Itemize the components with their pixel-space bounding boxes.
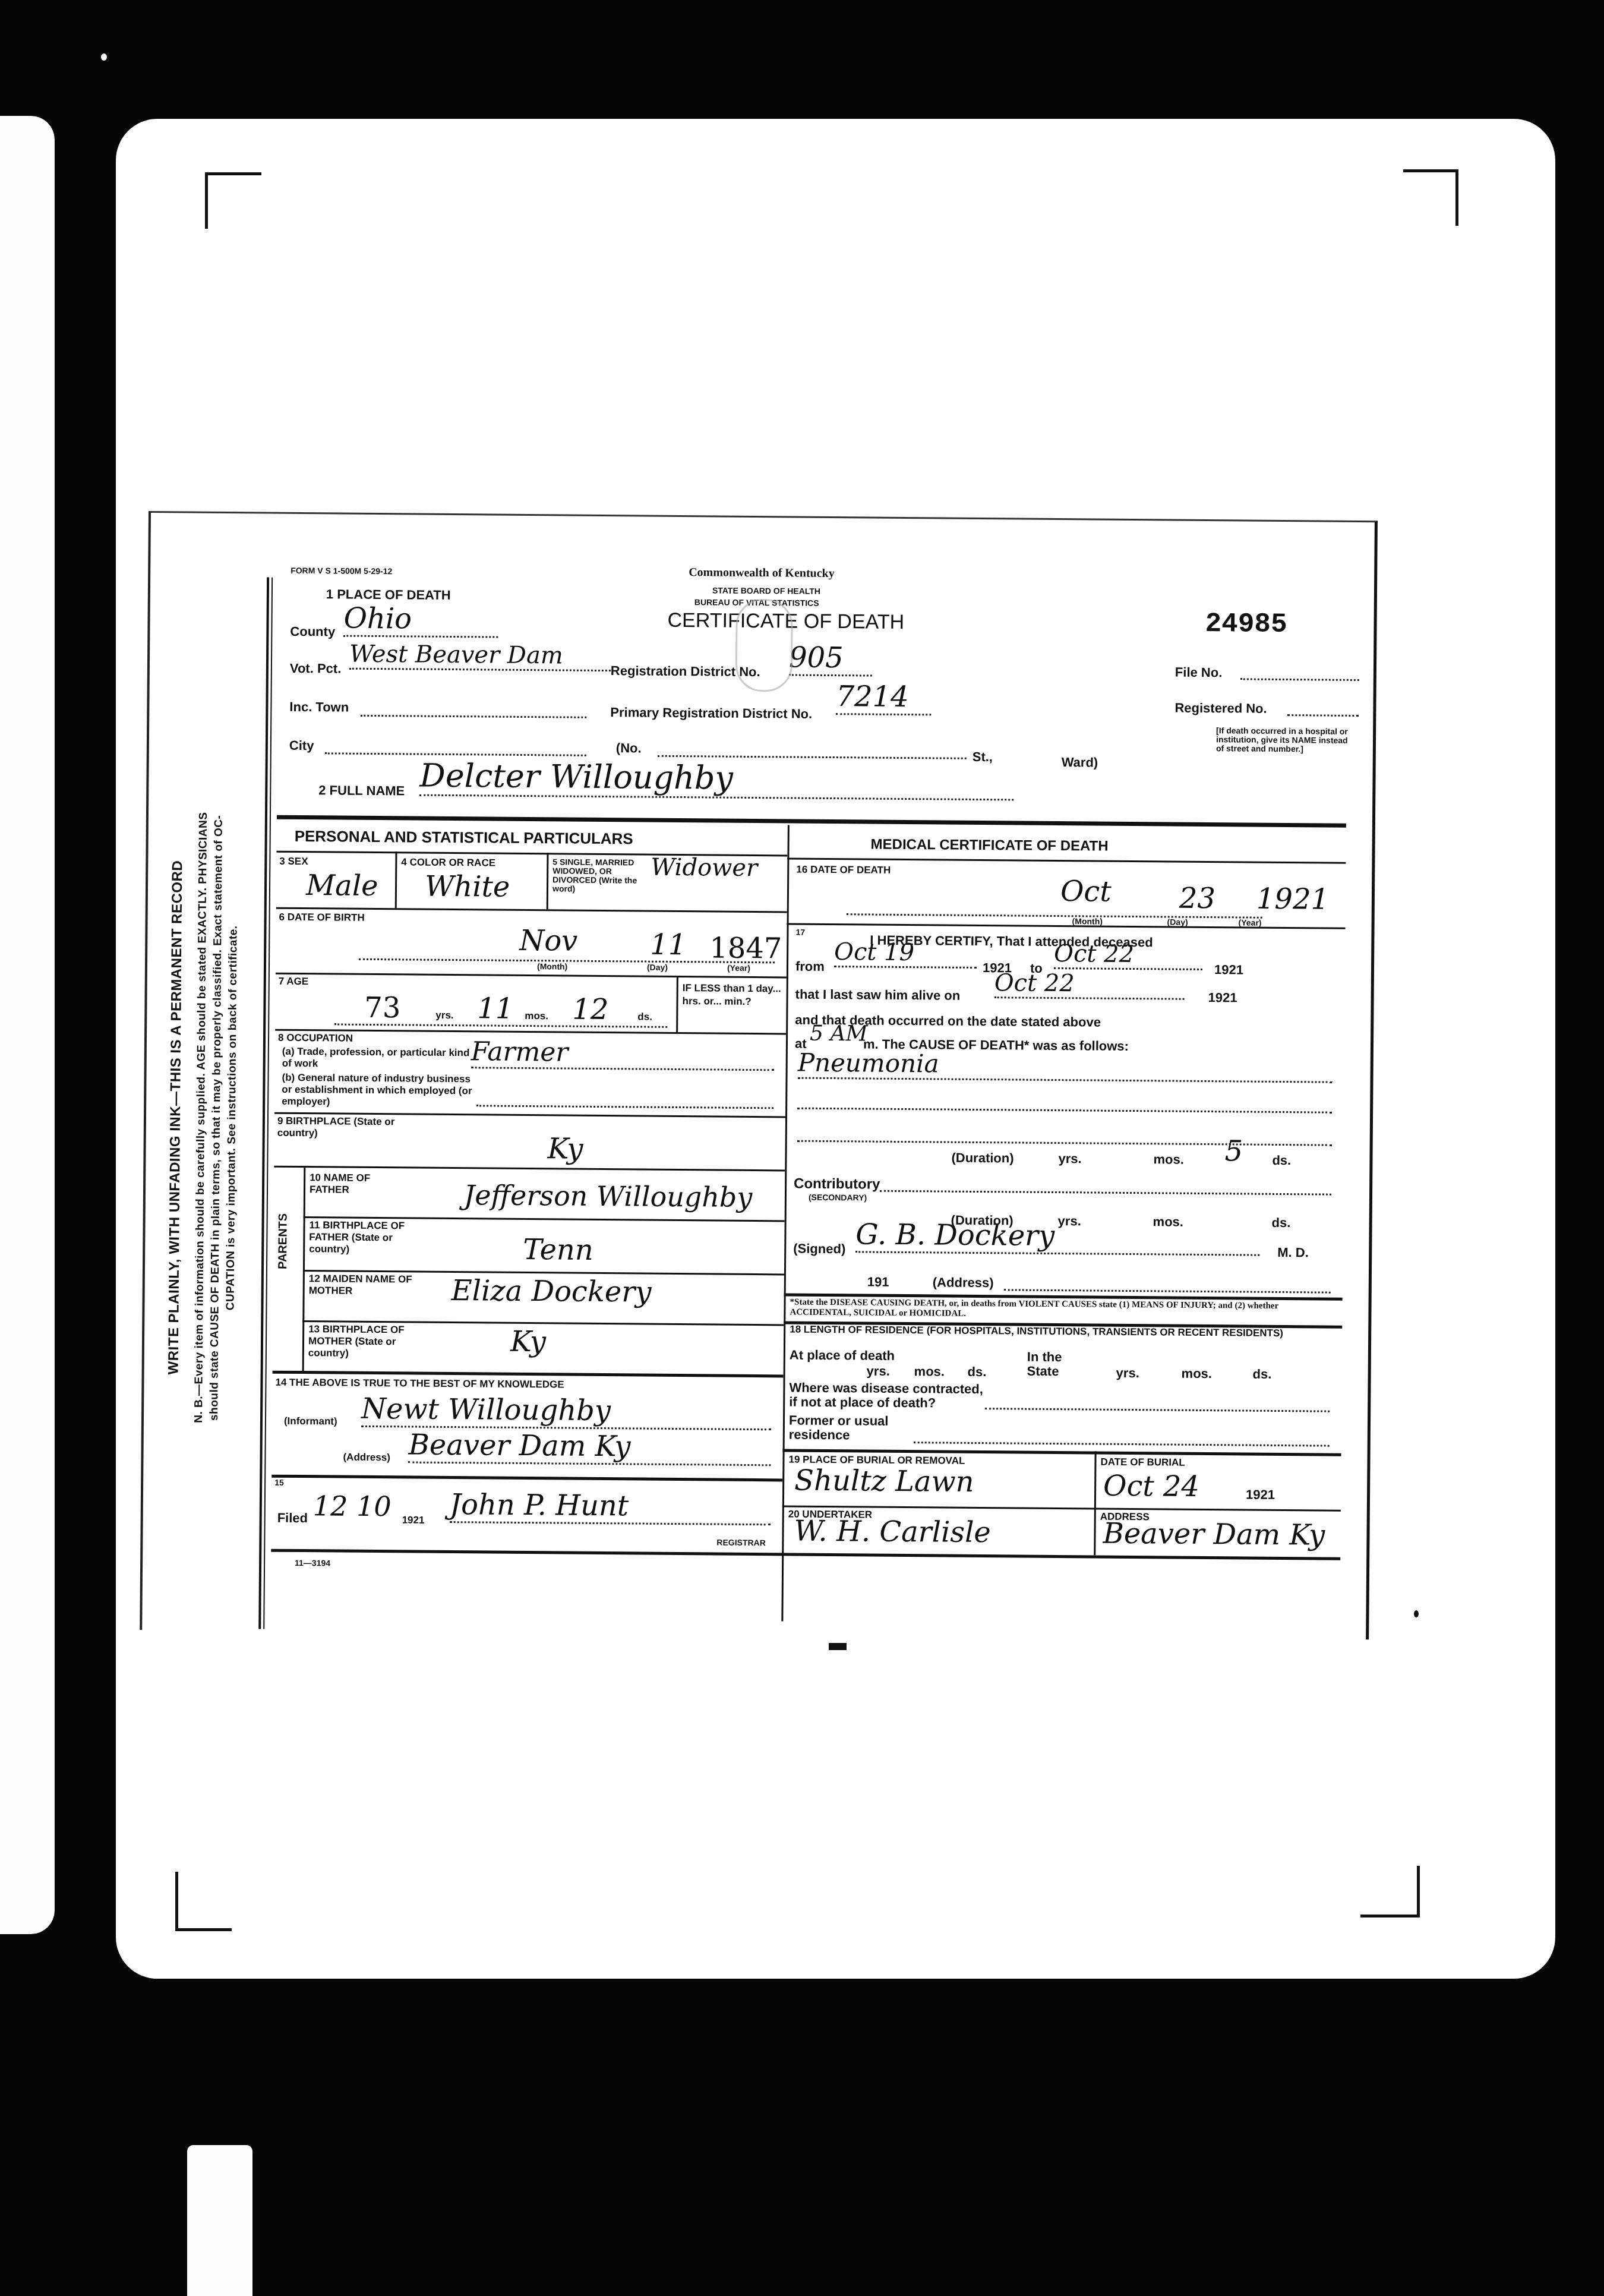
place-of-death-label: 1 PLACE OF DEATH (326, 586, 451, 603)
registration-stamp (735, 599, 793, 692)
date-of-death-day: 23 (1179, 882, 1216, 915)
center-divider (781, 825, 790, 1621)
race-value: White (425, 870, 510, 904)
attended-to-value: Oct 22 (1054, 940, 1202, 970)
film-tab-window (187, 2145, 252, 2296)
form-footer-number: 11—3194 (295, 1558, 330, 1568)
crop-mark-bottom-left (175, 1872, 178, 1931)
sex-label: 3 SEX (279, 856, 308, 868)
full-name-label: 2 FULL NAME (318, 783, 405, 799)
side-instructions: WRITE PLAINLY, WITH UNFADING INK—THIS IS… (163, 606, 255, 1629)
scan-mark (829, 1643, 847, 1650)
disease-contracted-field (985, 1397, 1330, 1412)
hospital-note: [If death occurred in a hospital or inst… (1216, 726, 1353, 754)
in-state-label: In the State (1027, 1350, 1087, 1379)
mother-birthplace-value: Ky (510, 1325, 546, 1358)
duration-ds-label: ds. (1272, 1153, 1291, 1168)
file-no-field (1240, 665, 1359, 681)
at-place-mos: mos. (914, 1364, 945, 1379)
in-state-mos: mos. (1182, 1366, 1213, 1382)
registration-district-value: 905 (789, 641, 872, 676)
crop-mark-bottom-left-h (175, 1928, 232, 1931)
medical-section-title: MEDICAL CERTIFICATE OF DEATH (871, 837, 1109, 855)
personal-section-title: PERSONAL AND STATISTICAL PARTICULARS (295, 827, 633, 848)
adjacent-frame-strip (0, 116, 55, 1934)
father-birthplace-value: Tenn (523, 1233, 593, 1267)
age-days: 12 (572, 993, 609, 1026)
attended-from-value: Oct 19 (834, 938, 977, 969)
death-certificate: WRITE PLAINLY, WITH UNFADING INK—THIS IS… (140, 511, 1384, 1650)
section-divider (277, 815, 1346, 828)
filed-date: 12 10 (313, 1490, 391, 1522)
age-months: 11 (477, 992, 514, 1025)
years-label: yrs. (435, 1010, 453, 1021)
last-saw-value: Oct 22 (994, 969, 1185, 1000)
certificate-number: 24985 (1205, 608, 1287, 640)
from-label: from (795, 959, 825, 974)
year-caption: (Year) (727, 963, 750, 973)
crop-mark-top-right (1403, 169, 1458, 226)
film-speck (101, 53, 107, 61)
informant-address-value: Beaver Dam Ky (408, 1428, 771, 1466)
rule (273, 1371, 784, 1378)
last-saw-label: that I last saw him alive on (795, 987, 961, 1004)
filed-year: 1921 (402, 1514, 425, 1526)
form-id: FORM V S 1-500M 5-29-12 (291, 566, 392, 576)
date-of-death-label: 16 DATE OF DEATH (796, 864, 891, 876)
physician-signature: G. B. Dockery (855, 1218, 1259, 1256)
secondary-label: (SECONDARY) (809, 1193, 867, 1203)
rule (395, 851, 397, 908)
full-name-value: Delcter Willoughby (419, 757, 1013, 801)
street-field (658, 742, 967, 759)
crop-mark-top-left (205, 172, 261, 229)
registered-no-label: Registered No. (1174, 701, 1267, 717)
attended-to-year: 1921 (1214, 962, 1243, 977)
city-label: City (289, 738, 314, 753)
crop-mark-bottom-right (1360, 1866, 1420, 1917)
cause-line-2 (797, 1102, 1332, 1114)
birthplace-value: Ky (547, 1132, 583, 1165)
father-birthplace-label: 11 BIRTHPLACE OF FATHER (State or countr… (309, 1219, 416, 1256)
rule (274, 1166, 785, 1172)
occupation-b-field (476, 1099, 773, 1109)
md-label: M. D. (1277, 1245, 1309, 1260)
father-name-value: Jefferson Willoughby (464, 1179, 753, 1213)
dod-day-caption: (Day) (1167, 917, 1188, 926)
race-label: 4 COLOR OR RACE (401, 856, 495, 869)
rule (271, 1475, 782, 1482)
marital-status-value: Widower (651, 854, 757, 882)
former-residence-field (914, 1431, 1330, 1446)
sex-value: Male (306, 869, 378, 903)
burial-date-label: DATE OF BURIAL (1100, 1456, 1185, 1469)
dod-month-caption: (Month) (1072, 916, 1103, 926)
time-of-death-value: 5 AM (810, 1021, 868, 1046)
commonwealth-title: Commonwealth of Kentucky (689, 566, 835, 581)
contributory-ds-label: ds. (1272, 1215, 1291, 1231)
informant-label: (Informant) (284, 1415, 337, 1428)
primary-registration-value: 7214 (836, 680, 931, 715)
date-of-birth-label: 6 DATE OF BIRTH (279, 912, 365, 924)
month-caption: (Month) (537, 961, 567, 971)
rule (302, 1166, 306, 1371)
cause-line-3 (797, 1134, 1332, 1146)
in-state-yrs: yrs. (1116, 1365, 1139, 1381)
county-label: County (290, 624, 335, 640)
duration-yrs-label: yrs. (1058, 1151, 1081, 1166)
months-label: mos. (525, 1010, 548, 1022)
undertaker-value: W. H. Carlisle (794, 1515, 991, 1550)
undertaker-address-value: Beaver Dam Ky (1103, 1517, 1325, 1552)
former-residence-label: Former or usual residence (789, 1414, 908, 1443)
occupation-a-label: (a) Trade, profession, or particular kin… (282, 1046, 478, 1071)
inc-town-label: Inc. Town (289, 699, 349, 715)
informant-statement: 14 THE ABOVE IS TRUE TO THE BEST OF MY K… (275, 1377, 564, 1391)
age-years: 73 (364, 991, 401, 1024)
dod-year-caption: (Year) (1239, 917, 1262, 927)
date-of-death-month: Oct (1060, 875, 1112, 909)
inc-town-field (361, 702, 586, 718)
scan-dot (1414, 1610, 1419, 1617)
physician-address-label: (Address) (933, 1275, 994, 1291)
filed-label: Filed (277, 1510, 308, 1526)
contributory-label: Contributory (794, 1176, 880, 1193)
cause-footnote: *State the DISEASE CAUSING DEATH, or, in… (790, 1298, 1336, 1322)
registrar-label: REGISTRAR (716, 1538, 766, 1548)
rule (276, 973, 787, 979)
date-of-birth-month: Nov (519, 924, 577, 958)
date-of-birth-year: 1847 (709, 931, 782, 965)
age-label: 7 AGE (279, 976, 309, 988)
father-name-label: 10 NAME OF FATHER (310, 1172, 399, 1196)
rule (676, 976, 678, 1032)
parents-label: PARENTS (276, 1213, 291, 1269)
rule (547, 853, 549, 909)
duration-mos-label: mos. (1153, 1152, 1184, 1167)
vot-pct-value: West Beaver Dam (349, 641, 611, 671)
birthplace-label: 9 BIRTHPLACE (State or country) (277, 1115, 432, 1140)
marital-status-label: 5 SINGLE, MARRIED WIDOWED, OR DIVORCED (… (552, 857, 642, 894)
burial-year: 1921 (1246, 1487, 1275, 1503)
last-saw-year: 1921 (1208, 990, 1237, 1005)
occupation-a-value: Farmer (471, 1036, 774, 1071)
item-17-label: 17 (795, 928, 805, 937)
cause-of-death-value: Pneumonia (798, 1048, 1333, 1083)
informant-value: Newt Willoughby (361, 1392, 771, 1430)
mother-name-value: Eliza Dockery (451, 1274, 651, 1309)
registered-no-field (1287, 701, 1359, 717)
primary-registration-label: Primary Registration District No. (610, 705, 812, 722)
burial-date-value: Oct 24 (1103, 1469, 1199, 1503)
at-place-ds: ds. (968, 1364, 987, 1380)
occupation-b-label: (b) General nature of industry business … (282, 1072, 478, 1109)
mother-birthplace-label: 13 BIRTHPLACE OF MOTHER (State or countr… (308, 1323, 415, 1360)
at-place-yrs: yrs. (867, 1364, 890, 1379)
year-stub: 191 (867, 1275, 889, 1290)
rule (787, 923, 1346, 929)
city-field (325, 739, 586, 756)
occupation-label: 8 OCCUPATION (278, 1032, 353, 1045)
disease-contracted-label: Where was disease contracted, if not at … (789, 1381, 985, 1411)
in-state-ds: ds. (1253, 1367, 1272, 1382)
street-number-label: (No. (616, 740, 642, 756)
date-of-birth-day: 11 (650, 928, 687, 961)
duration-days-value: 5 (1224, 1134, 1243, 1168)
date-of-death-year: 1921 (1256, 882, 1330, 916)
physician-address-field (1004, 1278, 1331, 1293)
ward-label: Ward) (1062, 755, 1098, 770)
if-less-than-day-label: IF LESS than 1 day... hrs. or... min.? (682, 982, 783, 1008)
vot-pct-label: Vot. Pct. (290, 661, 342, 677)
rule (787, 857, 1346, 863)
certificate-form: FORM V S 1-500M 5-29-12 1 PLACE OF DEATH… (270, 560, 1348, 1626)
county-value: Ohio (343, 602, 498, 638)
day-caption: (Day) (647, 963, 668, 972)
contributory-field (880, 1179, 1331, 1196)
registrar-signature: John P. Hunt (450, 1488, 771, 1525)
at-place-label: At place of death (790, 1348, 908, 1364)
board-of-health: STATE BOARD OF HEALTH (712, 585, 820, 595)
signed-label: (Signed) (793, 1241, 845, 1257)
rule (1094, 1452, 1096, 1556)
item-15-label: 15 (274, 1478, 284, 1487)
burial-place-value: Shultz Lawn (794, 1464, 974, 1499)
days-label: ds. (637, 1011, 652, 1023)
duration-label: (Duration) (951, 1150, 1013, 1166)
mother-name-label: 12 MAIDEN NAME OF MOTHER (309, 1273, 422, 1297)
informant-address-label: (Address) (343, 1452, 390, 1464)
file-no-label: File No. (1175, 665, 1223, 681)
